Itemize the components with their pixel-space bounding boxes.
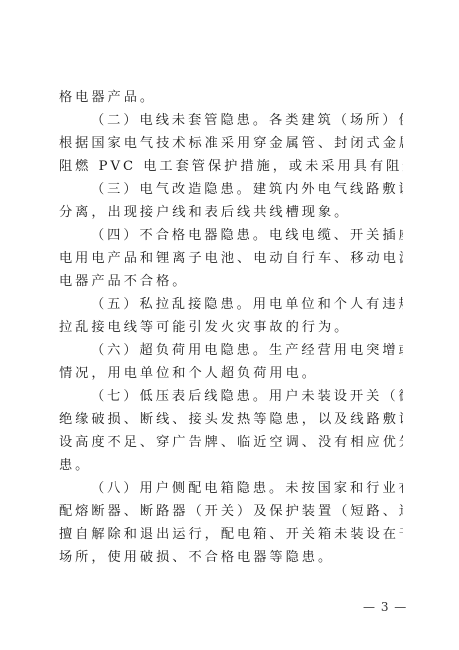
text-line: 根据国家电气技术标准采用穿金属管、封闭式金属线槽或者绝缘 [59, 132, 403, 155]
text-line: 配熔断器、断路器（开关）及保护装置（短路、过流、漏电保护） [59, 500, 403, 523]
text-line: 设高度不足、穿广告牌、临近空调、没有相应优先保护措施等隐 [59, 431, 403, 454]
section-heading-line-6: （六）超负荷用电隐患。生产经营用电突增或存在其他异常 [59, 339, 403, 362]
section-heading-line-7: （七）低压表后线隐患。用户未装设开关（微断、空开）、 [59, 385, 403, 408]
section-heading-line-5: （五）私拉乱接隐患。用电单位和个人有违规拉线接电、私 [59, 293, 403, 316]
section-heading-line-3: （三）电气改造隐患。建筑内外电气线路敷设，未实现强弱 [59, 178, 403, 201]
text-line: 情况，用电单位和个人超负荷用电。 [59, 362, 403, 385]
text-line: 拉乱接电线等可能引发火灾事故的行为。 [59, 316, 403, 339]
section-heading-line-8: （八）用户侧配电箱隐患。未按国家和行业有关规程要求装 [59, 477, 403, 500]
page-number: — 3 — [363, 600, 407, 614]
text-line: 阻燃 PVC 电工套管保护措施，或未采用具有阻燃绝缘层电缆。 [59, 155, 403, 178]
document-body: 格电器产品。 （二）电线未套管隐患。各类建筑（场所）供、用电线路未 根据国家电气… [59, 86, 403, 569]
section-heading-line-4: （四）不合格电器隐患。电线电缆、开关插座、插电板等输 [59, 224, 403, 247]
text-line: 电用电产品和锂离子电池、电动自行车、移动电源及家用电器等 [59, 247, 403, 270]
text-line: 绝缘破损、断线、接头发热等隐患，以及线路敷设随意缠绕，架 [59, 408, 403, 431]
text-line: 分离，出现接户线和表后线共线槽现象。 [59, 201, 403, 224]
text-line: 电器产品不合格。 [59, 270, 403, 293]
text-line: 场所，使用破损、不合格电器等隐患。 [59, 546, 403, 569]
text-line: 擅自解除和退出运行，配电箱、开关箱未装设在干燥通风及常温 [59, 523, 403, 546]
section-heading-line-2: （二）电线未套管隐患。各类建筑（场所）供、用电线路未 [59, 109, 403, 132]
document-page: 格电器产品。 （二）电线未套管隐患。各类建筑（场所）供、用电线路未 根据国家电气… [0, 0, 459, 650]
text-line: 患。 [59, 454, 403, 477]
text-line: 格电器产品。 [59, 86, 403, 109]
